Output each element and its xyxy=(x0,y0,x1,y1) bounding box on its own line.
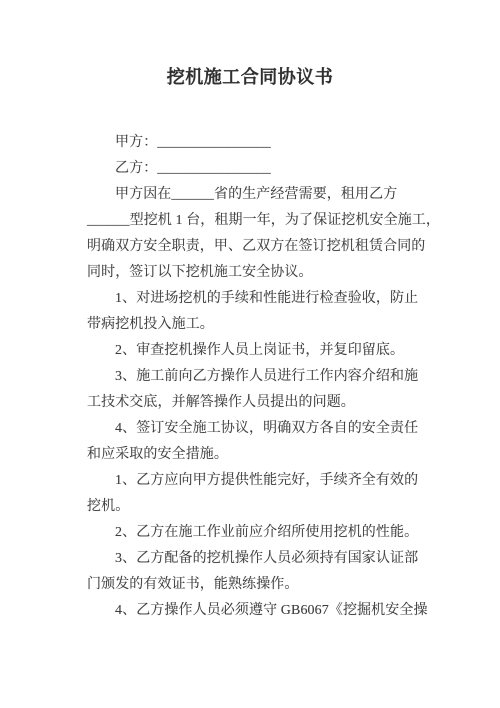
document-line: 甲方：________________ xyxy=(87,130,443,156)
document-line: 门颁发的有效证书，能熟练操作。 xyxy=(87,572,443,598)
document-line: 带病挖机投入施工。 xyxy=(87,312,443,338)
document-body: 甲方：________________乙方：________________甲方… xyxy=(87,130,443,624)
document-line: ______型挖机 1 台，租期一年，为了保证挖机安全施工， xyxy=(87,208,443,234)
document-line: 和应采取的安全措施。 xyxy=(87,442,443,468)
document-line: 2、乙方在施工作业前应介绍所使用挖机的性能。 xyxy=(87,520,443,546)
document-line: 明确双方安全职责，甲、乙双方在签订挖机租赁合同的 xyxy=(87,234,443,260)
document-line: 甲方因在______省的生产经营需要，租用乙方 xyxy=(87,182,443,208)
document-line: 4、签订安全施工协议，明确双方各自的安全责任 xyxy=(87,416,443,442)
document-line: 1、对进场挖机的手续和性能进行检查验收，防止 xyxy=(87,286,443,312)
document-line: 3、乙方配备的挖机操作人员必须持有国家认证部 xyxy=(87,546,443,572)
document-line: 乙方：________________ xyxy=(87,156,443,182)
contract-page: 挖机施工合同协议书 甲方：________________乙方：________… xyxy=(0,0,500,708)
document-line: 1、乙方应向甲方提供性能完好，手续齐全有效的 xyxy=(87,468,443,494)
document-line: 3、施工前向乙方操作人员进行工作内容介绍和施 xyxy=(87,364,443,390)
document-line: 4、乙方操作人员必须遵守 GB6067《挖掘机安全操 xyxy=(87,598,443,624)
document-line: 同时，签订以下挖机施工安全协议。 xyxy=(87,260,443,286)
document-line: 工技术交底，并解答操作人员提出的问题。 xyxy=(87,390,443,416)
document-line: 2、审查挖机操作人员上岗证书，并复印留底。 xyxy=(87,338,443,364)
document-line: 挖机。 xyxy=(87,494,443,520)
document-title: 挖机施工合同协议书 xyxy=(0,0,500,90)
